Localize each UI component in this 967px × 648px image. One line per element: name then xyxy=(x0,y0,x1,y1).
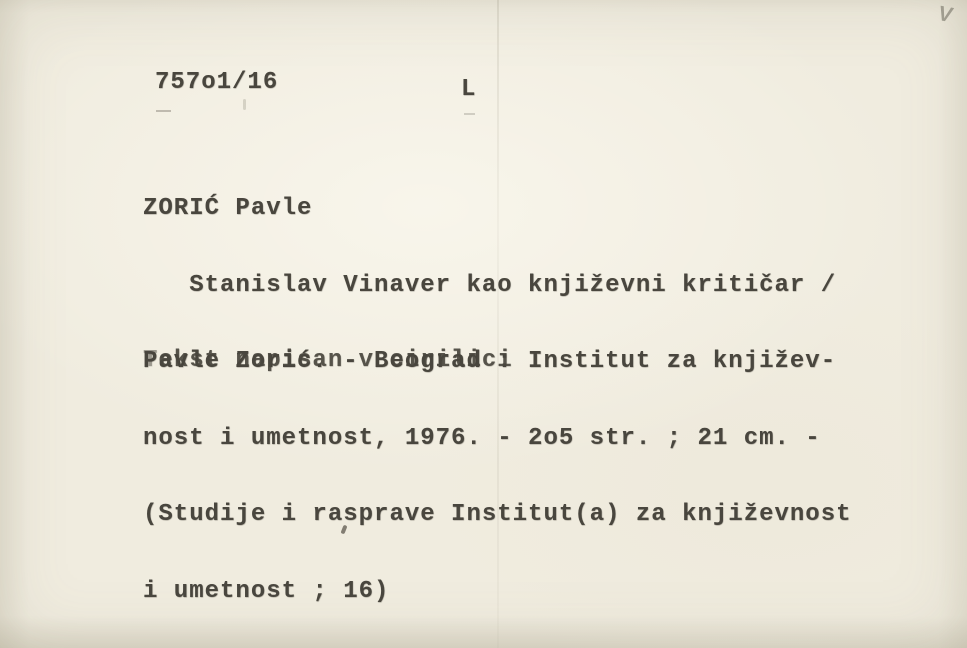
description-line: i umetnost ; 16) xyxy=(143,579,852,605)
language-note: Tekst napisan v cirilici xyxy=(143,348,513,374)
author-heading: ZORIĆ Pavle xyxy=(143,196,852,222)
catalog-card-scan: 757o1/16 L ZORIĆ Pavle Stanislav Vinaver… xyxy=(0,0,967,648)
stray-mark xyxy=(464,113,475,115)
call-number: 757o1/16 xyxy=(155,70,278,96)
bibliographic-entry: ZORIĆ Pavle Stanislav Vinaver kao knjiže… xyxy=(143,145,852,648)
description-line: Stanislav Vinaver kao književni kritičar… xyxy=(143,273,852,299)
shelf-letter: L xyxy=(461,77,476,103)
stray-mark xyxy=(156,110,171,112)
stray-mark xyxy=(243,99,246,110)
description-line: (Studije i rasprave Institut(a) za knjiž… xyxy=(143,502,852,528)
pencil-check-mark: V xyxy=(935,2,955,28)
description-line: nost i umetnost, 1976. - 2o5 str. ; 21 c… xyxy=(143,426,852,452)
